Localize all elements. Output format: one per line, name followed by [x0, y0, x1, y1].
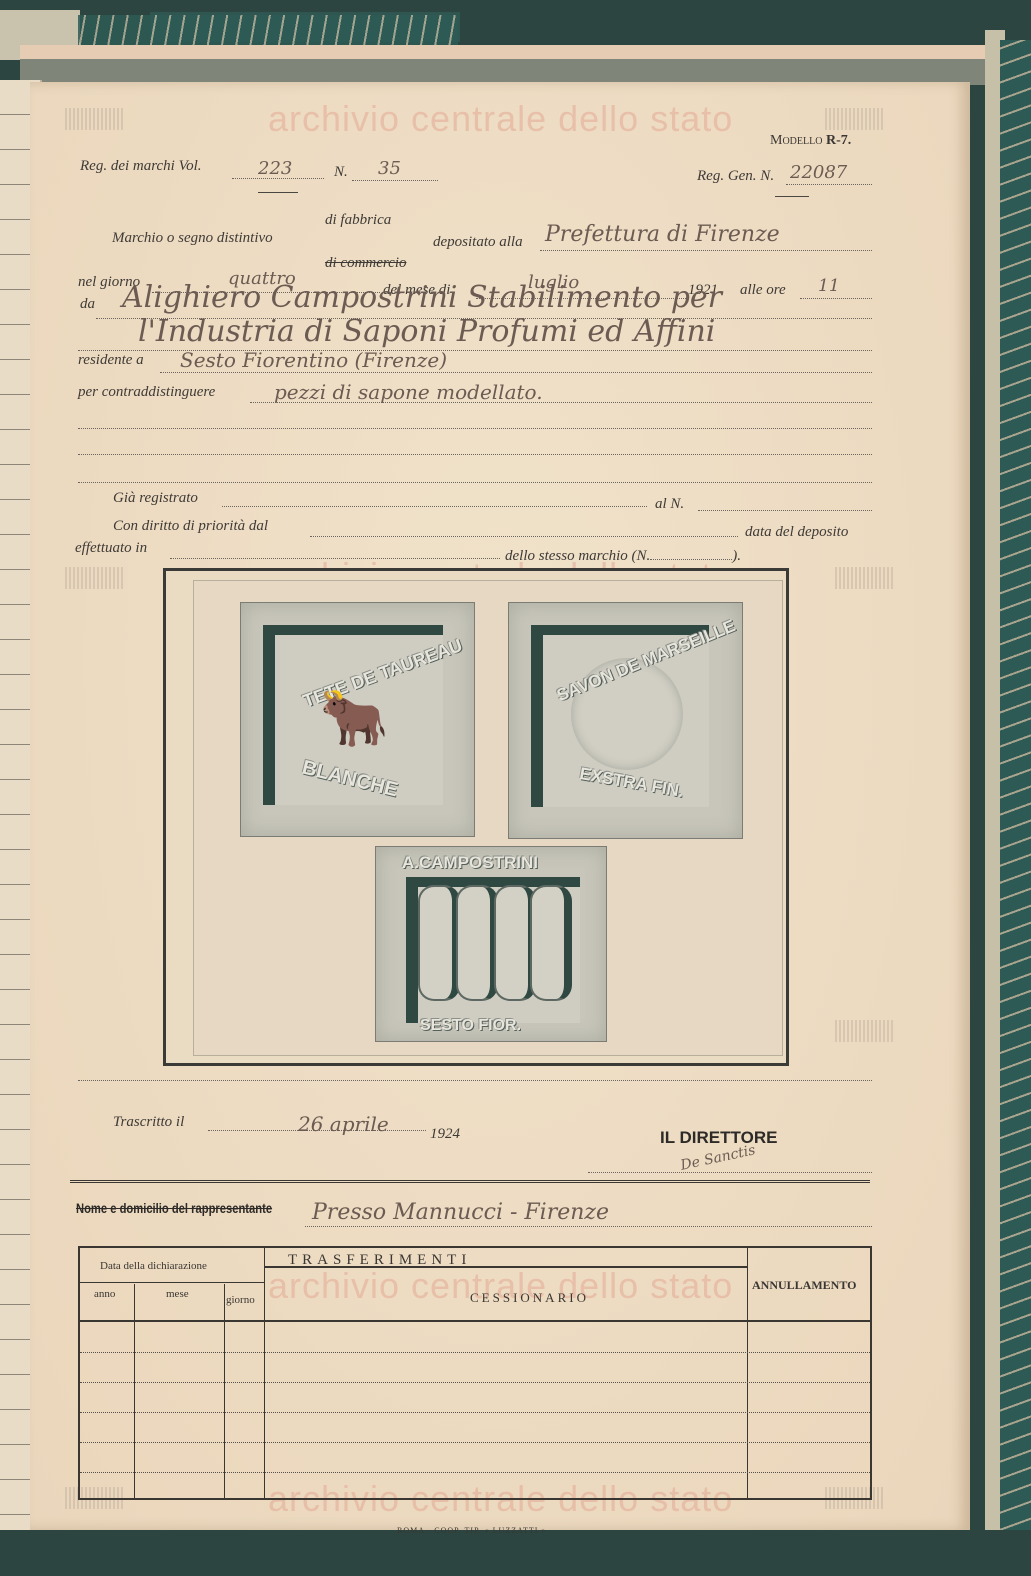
soap-campostrini: A.CAMPOSTRINI SESTO FIOR.	[375, 846, 607, 1042]
data-deposito-label: data del deposito	[745, 524, 848, 541]
reg-gen-line	[786, 184, 872, 185]
effettuato-line	[170, 558, 500, 559]
soap-label-bottom: SESTO FIOR.	[420, 1017, 521, 1035]
di-fabbrica-label: di fabbrica	[325, 212, 391, 229]
reg-marchi-vol-value: 223	[258, 158, 292, 179]
col-cessionario: CESSIONARIO	[470, 1290, 589, 1306]
watermark-bars	[65, 108, 125, 130]
col-divider	[747, 1248, 748, 1498]
marchio-label: Marchio o segno distintivo	[112, 230, 273, 247]
soap-bar-2	[456, 885, 498, 1001]
al-n-line	[698, 510, 872, 511]
signature-line	[588, 1172, 872, 1173]
vol-underline	[258, 192, 298, 193]
soap-label-top: A.CAMPOSTRINI	[402, 853, 538, 873]
table-row	[80, 1442, 870, 1443]
col-divider	[224, 1284, 225, 1498]
contraddistinguere-value: pezzi di sapone modellato.	[274, 380, 543, 404]
rappresentante-value: Presso Mannucci - Firenze	[312, 1200, 609, 1225]
da-value-line1: Alighiero Campostrini Stabilimento per	[122, 280, 722, 315]
section-divider	[70, 1180, 870, 1183]
reg-gen-label: Reg. Gen. N.	[697, 168, 774, 185]
soap-tete-de-taureau: TETE DE TAUREAU 🐂 BLANCHE	[240, 602, 475, 837]
bull-head-icon: 🐂	[319, 685, 389, 751]
trascritto-label: Trascritto il	[113, 1114, 184, 1131]
reg-gen-underline	[775, 196, 809, 197]
header-subrule	[80, 1282, 264, 1283]
soap-savon-marseille: SAVON DE MARSEILLE EXSTRA FIN.	[508, 602, 743, 839]
blank-line-1	[78, 428, 872, 429]
n-line	[352, 180, 438, 181]
col-giorno: giorno	[226, 1294, 255, 1306]
watermark-bars	[835, 1020, 895, 1042]
alle-ore-value: 11	[818, 276, 840, 296]
table-row	[80, 1412, 870, 1413]
depositato-label: depositato alla	[433, 234, 523, 251]
depositato-value: Prefettura di Firenze	[545, 222, 780, 247]
watermark-bars	[825, 108, 885, 130]
trascritto-value: 26 aprile	[298, 1112, 389, 1136]
rappresentante-label: Nome e domicilio del rappresentante	[76, 1200, 272, 1216]
col-mese: mese	[166, 1288, 189, 1300]
alle-ore-label: alle ore	[740, 282, 786, 299]
residente-label: residente a	[78, 352, 144, 369]
priorita-line	[310, 536, 738, 537]
priorita-label: Con diritto di priorità dal	[113, 518, 268, 535]
soap-bar-4	[530, 885, 572, 1001]
blank-line-4	[78, 1080, 872, 1081]
trasferimenti-title: TRASFERIMENTI	[288, 1252, 471, 1269]
di-commercio-label: di commercio	[325, 255, 407, 272]
da-value-line2: l'Industria di Saponi Profumi ed Affini	[138, 314, 715, 349]
table-row	[80, 1352, 870, 1353]
table-row	[80, 1472, 870, 1473]
printer-imprint: ROMA - COOP. TIP. « LUZZATTI »	[397, 1526, 546, 1535]
reg-gen-value: 22087	[790, 162, 847, 183]
soap-bar-1	[418, 885, 460, 1001]
alle-ore-line	[800, 298, 872, 299]
al-n-label: al N.	[655, 496, 684, 513]
header-bottom-rule	[80, 1320, 870, 1322]
col-divider	[134, 1284, 135, 1498]
gia-registrato-line	[222, 506, 647, 507]
watermark-bars	[835, 567, 895, 589]
rappresentante-line	[305, 1226, 872, 1227]
watermark-top: archivio centrale dello stato	[268, 98, 733, 140]
transfers-table: TRASFERIMENTI Data della dichiarazione a…	[78, 1246, 872, 1500]
blank-line-2	[78, 454, 872, 455]
reg-marchi-label: Reg. dei marchi Vol.	[80, 158, 202, 175]
blank-line-3	[78, 482, 872, 483]
residente-line	[160, 372, 872, 373]
da-label: da	[80, 296, 95, 313]
page-stack-edge	[20, 45, 995, 85]
depositato-line	[540, 250, 872, 251]
contraddistinguere-label: per contraddistinguere	[78, 384, 215, 401]
watermark-bars	[65, 567, 125, 589]
effettuato-label: effettuato in	[75, 540, 147, 557]
date-group-header: Data della dichiarazione	[100, 1260, 207, 1272]
col-anno: anno	[94, 1288, 115, 1300]
stesso-marchio-label: dello stesso marchio (N.).	[505, 548, 741, 565]
direttore-label: IL DIRETTORE	[660, 1128, 777, 1148]
n-value: 35	[378, 158, 401, 179]
col-divider	[264, 1248, 265, 1498]
col-annullamento: ANNULLAMENTO	[752, 1278, 856, 1293]
trascritto-year: 1924	[430, 1126, 460, 1143]
gia-registrato-label: Già registrato	[113, 490, 198, 507]
model-code: Modello R-7.	[770, 133, 851, 149]
residente-value: Sesto Fiorentino (Firenze)	[180, 348, 447, 372]
book-spine-marble	[1000, 40, 1031, 1530]
n-label: N.	[334, 164, 348, 181]
table-row	[80, 1382, 870, 1383]
